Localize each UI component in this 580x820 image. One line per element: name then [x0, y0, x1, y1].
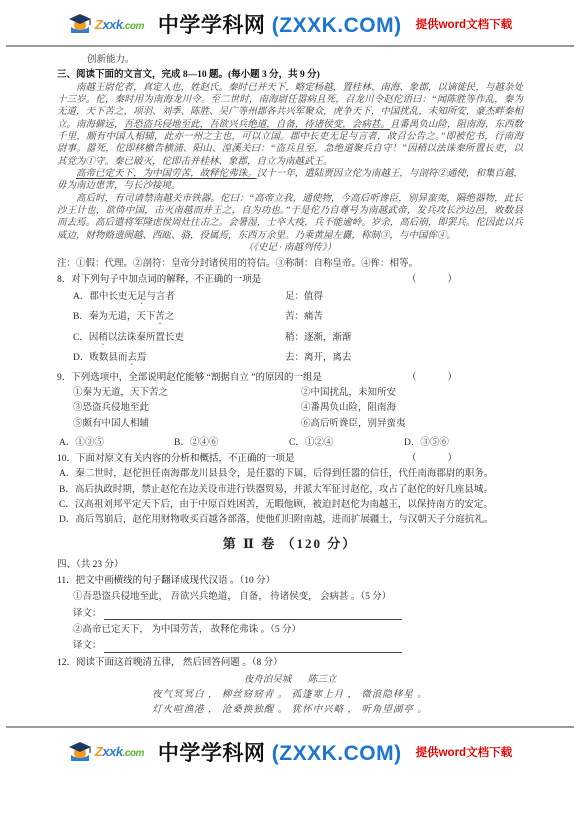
- q10-option-a: A．秦二世时，赵佗担任南海郡龙川县县令，是任嚣的下属，后得到任嚣的信任，代任南海…: [59, 468, 523, 480]
- option-pre: 郡中长吏无: [89, 292, 137, 302]
- q9-item-2: ②中国扰乱，未知所安: [301, 387, 529, 399]
- q8-option-a-text: A．郡中长吏无足与言者: [73, 291, 285, 307]
- poem-title-row: 夜舟泊吴城 陈三立: [57, 674, 523, 686]
- q10-stem: 下面对原文有关内容的分析和概括，不正确的一项是: [76, 453, 295, 465]
- q9-choice-d: D．③⑤⑥: [404, 437, 519, 449]
- footer-brandbar: Zxxk.com 中学学科网 (ZXXK.COM) 提供word文档下载: [0, 728, 580, 773]
- q8-option-a-gloss: 足：值得: [285, 291, 323, 307]
- logo-letters-xxk: xxk: [102, 744, 122, 759]
- option-pre: 因: [89, 333, 99, 343]
- option-label: B．: [73, 312, 89, 322]
- q10-option-c: C．汉高祖刘邦平定天下后，由于中原百姓困苦，无暇他顾，被迫封赵佗为南越王，以保持…: [59, 499, 523, 511]
- option-pre: 败数县而: [89, 353, 127, 363]
- q9-item-3: ③恐盗兵侵地至此: [73, 402, 301, 414]
- passage-paragraph-2: 高帝已定天下，为中国劳苦，故释佗弗诛。汉十一年，遣陆贾因立佗为南越王，与剖符②通…: [57, 168, 523, 193]
- option-post: 焉: [137, 353, 147, 363]
- question-9: 9． 下列选项中，全部说明赵佗能够 “割据自立 ”的原因的一组是 （ ） ①秦为…: [57, 372, 523, 449]
- q8-option-b-text: B．秦为无道，天下苦之: [73, 311, 285, 327]
- header-download-link[interactable]: 提供word文档下载: [416, 16, 512, 32]
- q11-stem: 把文中画横线的句子翻译成现代汉语 。（10 分）: [76, 575, 276, 587]
- q12-number: 12．: [57, 657, 76, 669]
- option-post: 与言者: [146, 292, 175, 302]
- site-name: 中学学科网: [158, 14, 266, 37]
- q11-sentence-1: ①吾恐盗兵侵地至此， 吾欲兴兵绝道， 自备， 待诸侯变， 会病甚 。（5 分）: [73, 591, 523, 603]
- classical-passage: 南越王尉佗者，真定人也，姓赵氏。秦时已并天下，略定杨越，置桂林、南海、象郡，以谪…: [57, 82, 523, 242]
- header-logo-wordmark: Zxxk.com: [95, 17, 144, 32]
- option-label: D．: [59, 514, 75, 526]
- passage-notes: 注：①假：代理。②剖符：皇帝分封诸侯用的符信。③称制：自称皇帝。④侔：相等。: [57, 258, 523, 270]
- q8-option-d-gloss: 去：离开，离去: [285, 352, 352, 368]
- site-domain: (ZXXK.COM): [272, 742, 402, 765]
- footer: Zxxk.com 中学学科网 (ZXXK.COM) 提供word文档下载: [0, 726, 580, 773]
- question-12: 12． 阅读下面这首晚清五律， 然后回答问题 。（8 分） 夜舟泊吴城 陈三立 …: [57, 657, 523, 716]
- q10-option-b: B．高后执政时期，禁止赵佗在边关设市进行铁器贸易，并派大军征讨赵佗，攻占了赵佗的…: [59, 484, 523, 496]
- question-10: 10． 下面对原文有关内容的分析和概括，不正确的一项是 （ ） A．秦二世时，赵…: [57, 453, 523, 527]
- q8-stem-row: 8． 对下列句子中加点词的解释，不正确的一项是 （ ）: [57, 274, 523, 286]
- graduation-cap-icon: [68, 740, 92, 764]
- q9-items-grid: ①秦为无道，天下苦之 ②中国扰乱，未知所安 ③恐盗兵侵地至此 ④番禺负山险，阻南…: [73, 387, 523, 431]
- dotted-char: 足: [137, 292, 147, 302]
- answer-blank-line: [104, 644, 402, 653]
- q8-option-a: A．郡中长吏无足与言者 足：值得: [73, 291, 523, 307]
- q10-option-d: D．高后驾崩后，赵佗用财物收买百越各部落，使他们归附南越，进而扩展疆土，与汉朝天…: [59, 514, 523, 526]
- option-label: A．: [73, 292, 89, 302]
- site-domain: (ZXXK.COM): [272, 14, 402, 37]
- option-post: 以法诛秦所置长吏: [108, 333, 184, 343]
- q9-item-4: ④番禺负山险，阻南海: [301, 402, 529, 414]
- answer-blank-line: [104, 611, 402, 620]
- q11-number: 11．: [57, 575, 76, 587]
- q9-answer-bracket: （ ）: [407, 372, 461, 384]
- translation-label: 译文：: [73, 640, 102, 652]
- q9-choice-a: A．①③⑤: [59, 437, 174, 449]
- logo-dot-com: .com: [123, 748, 144, 759]
- dotted-char: 苦: [155, 312, 165, 322]
- q10-stem-row: 10． 下面对原文有关内容的分析和概括，不正确的一项是 （ ）: [57, 453, 523, 465]
- q8-option-d-text: D．败数县而去焉: [73, 352, 285, 368]
- q8-number: 8．: [57, 274, 71, 286]
- q11-sentence-2: ②高帝已定天下， 为中国劳苦， 故释佗弗诛 。（5 分）: [73, 624, 523, 636]
- q12-stem: 阅读下面这首晚清五律， 然后回答问题 。（8 分）: [76, 657, 283, 669]
- q8-stem: 对下列句子中加点词的解释，不正确的一项是: [71, 274, 261, 286]
- leftover-text: 创新能力。: [57, 54, 523, 66]
- q9-choice-b: B．②④⑥: [174, 437, 289, 449]
- q9-number: 9．: [57, 372, 71, 384]
- q8-option-b: B．秦为无道，天下苦之 苦：痛苦: [73, 311, 523, 327]
- q9-choices-row: A．①③⑤ B．②④⑥ C．①②④ D．③⑤⑥: [59, 437, 523, 449]
- q9-item-6: ⑥高后听谗臣，别异蛮夷: [301, 418, 529, 430]
- section3-heading: 三、阅读下面的文言文，完成 8—10 题。(每小题 3 分，共 9 分): [57, 69, 523, 81]
- q8-option-c-text: C．因稍以法诛秦所置长吏: [73, 332, 285, 348]
- option-text: 秦二世时，赵佗担任南海郡龙川县县令，是任嚣的下属，后得到任嚣的信任，代任南海郡尉…: [75, 468, 493, 480]
- passage-paragraph-3: 高后时，有司请禁南越关市铁器。佗曰：“高帝立我，通使物，今高后听谗臣，别异蛮夷，…: [57, 193, 523, 242]
- graduation-cap-icon: [68, 12, 92, 36]
- poem-block: 夜舟泊吴城 陈三立 夜气冥冥白 ， 柳丝窈窈青 。 孤篷寒上月 ， 微浪隐移星 …: [57, 674, 523, 716]
- site-name: 中学学科网: [158, 742, 266, 765]
- option-label: A．: [59, 468, 75, 480]
- header-brandbar: Zxxk.com 中学学科网 (ZXXK.COM) 提供word文档下载: [0, 0, 580, 45]
- footer-download-link[interactable]: 提供word文档下载: [416, 744, 512, 760]
- poem-title: 夜舟泊吴城: [244, 675, 292, 685]
- poem-line-2: 灯火喧渔港 ， 沧桑换独醒 。 犹怀中兴略 ， 听角望湖亭 。: [57, 704, 523, 716]
- exam-paper-body: 创新能力。 三、阅读下面的文言文，完成 8—10 题。(每小题 3 分，共 9 …: [0, 47, 580, 716]
- q10-number: 10．: [57, 453, 76, 465]
- part2-title: 第 Ⅱ 卷 （120 分）: [57, 536, 523, 553]
- option-label: B．: [59, 484, 75, 496]
- q8-answer-bracket: （ ）: [407, 274, 461, 286]
- header-site-title: 中学学科网 (ZXXK.COM): [158, 9, 402, 39]
- option-pre: 秦为无道，天下: [89, 312, 156, 322]
- poem-author: 陈三立: [308, 675, 337, 685]
- footer-logo[interactable]: Zxxk.com: [68, 740, 144, 764]
- header-logo[interactable]: Zxxk.com: [68, 12, 144, 36]
- q11-stem-row: 11． 把文中画横线的句子翻译成现代汉语 。（10 分）: [57, 575, 523, 587]
- question-11: 11． 把文中画横线的句子翻译成现代汉语 。（10 分） ①吾恐盗兵侵地至此， …: [57, 575, 523, 653]
- option-label: D．: [73, 353, 89, 363]
- q9-item-1: ①秦为无道，天下苦之: [73, 387, 301, 399]
- q9-choice-c: C．①②④: [289, 437, 404, 449]
- footer-logo-wordmark: Zxxk.com: [95, 744, 144, 759]
- q12-stem-row: 12． 阅读下面这首晚清五律， 然后回答问题 。（8 分）: [57, 657, 523, 669]
- q10-answer-bracket: （ ）: [407, 453, 461, 465]
- q9-stem-row: 9． 下列选项中，全部说明赵佗能够 “割据自立 ”的原因的一组是 （ ）: [57, 372, 523, 384]
- option-text: 汉高祖刘邦平定天下后，由于中原百姓困苦，无暇他顾，被迫封赵佗为南越王，以保持南方…: [75, 499, 493, 511]
- footer-site-title: 中学学科网 (ZXXK.COM): [158, 737, 402, 767]
- passage-p2-underlined: 高帝已定天下，为中国劳苦，故释佗弗诛。: [76, 169, 257, 179]
- option-text: 高后驾崩后，赵佗用财物收买百越各部落，使他们归附南越，进而扩展疆土，与汉朝天子分…: [75, 514, 493, 526]
- q11-translation-2: 译文：: [73, 640, 523, 652]
- dotted-char: 稍: [98, 333, 108, 343]
- section4-heading: 四、（共 23 分）: [57, 559, 523, 571]
- q8-option-d: D．败数县而去焉 去：离开，离去: [73, 352, 523, 368]
- option-text: 高后执政时期，禁止赵佗在边关设市进行铁器贸易，并派大军征讨赵佗，攻占了赵佗的好几…: [75, 484, 493, 496]
- option-label: C．: [73, 333, 89, 343]
- q8-option-b-gloss: 苦：痛苦: [285, 311, 323, 327]
- q9-stem: 下列选项中，全部说明赵佗能够 “割据自立 ”的原因的一组是: [71, 372, 322, 384]
- q9-item-5: ⑤颇有中国人相辅: [73, 418, 301, 430]
- passage-source: （《史记 · 南越列传》）: [57, 242, 523, 254]
- dotted-char: 去: [127, 353, 137, 363]
- q8-option-c: C．因稍以法诛秦所置长吏 稍：逐渐，渐渐: [73, 332, 523, 348]
- passage-paragraph-1: 南越王尉佗者，真定人也，姓赵氏。秦时已并天下，略定杨越，置桂林、南海、象郡，以谪…: [57, 82, 523, 168]
- translation-label: 译文：: [73, 608, 102, 620]
- option-label: C．: [59, 499, 75, 511]
- logo-dot-com: .com: [123, 21, 144, 32]
- logo-letters-xxk: xxk: [102, 17, 122, 32]
- poem-line-1: 夜气冥冥白 ， 柳丝窈窈青 。 孤篷寒上月 ， 微浪隐移星 。: [57, 689, 523, 701]
- q8-option-c-gloss: 稍：逐渐，渐渐: [285, 332, 352, 348]
- passage-p1-underlined: 吾恐盗兵侵地至此，吾欲兴兵绝道，自备，待诸侯变，会病甚。: [124, 120, 390, 130]
- option-post: 之: [165, 312, 175, 322]
- q11-translation-1: 译文：: [73, 608, 523, 620]
- question-8: 8． 对下列句子中加点词的解释，不正确的一项是 （ ） A．郡中长吏无足与言者 …: [57, 274, 523, 368]
